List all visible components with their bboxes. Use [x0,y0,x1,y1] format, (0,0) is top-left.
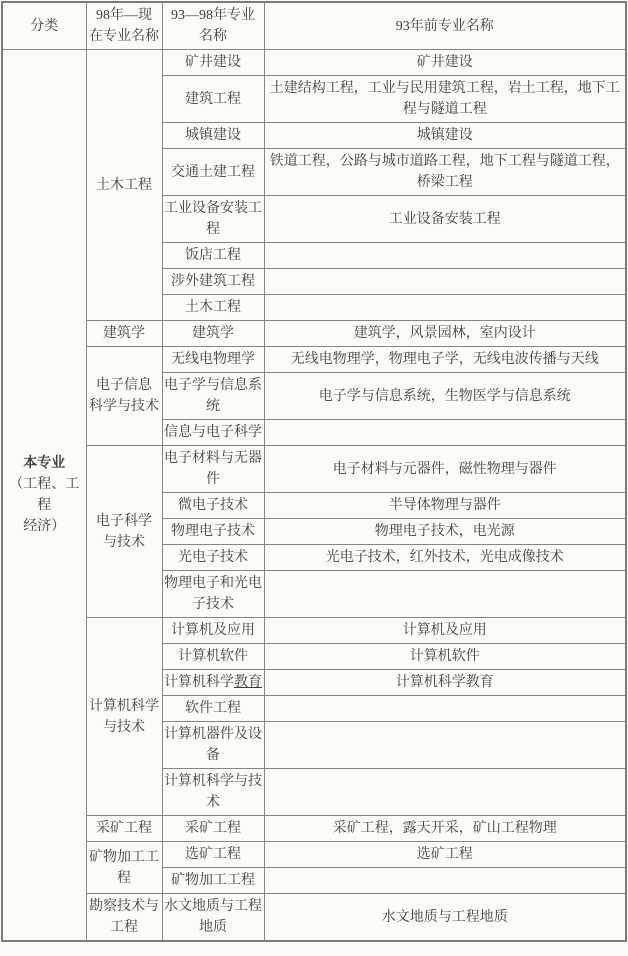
major-93-98-cell: 物理电子和光电子技术 [162,571,264,618]
table-row: 采矿工程采矿工程采矿工程，露天开采，矿山工程物理 [2,816,626,842]
major-pre-93-cell: 土建结构工程，工业与民用建筑工程，岩土工程，地下工程与隧道工程 [264,76,626,123]
major-pre-93-cell: 城镇建设 [264,123,626,149]
table-row: 勘察技术与工程水文地质与工程地质水文地质与工程地质 [2,894,626,942]
major-pre-93-cell: 计算机及应用 [264,618,626,644]
major-93-98-cell: 交通土建工程 [162,149,264,196]
major-93-98-cell: 涉外建筑工程 [162,269,264,295]
major-pre-93-cell [264,868,626,894]
major-93-98-cell: 水文地质与工程地质 [162,894,264,942]
table-row: 电子科学与技术电子材料与无器件电子材料与元器件，磁性物理与器件 [2,446,626,493]
major-93-98-cell: 光电子技术 [162,545,264,571]
major-93-98-cell: 城镇建设 [162,123,264,149]
category-cell: 本专业（工程、工程经济） [2,50,86,942]
major-93-98-cell: 选矿工程 [162,842,264,868]
major-93-98-cell: 饭店工程 [162,243,264,269]
major-93-98-cell: 无线电物理学 [162,347,264,373]
major-98-now-cell: 电子科学与技术 [86,446,162,618]
major-pre-93-cell: 光电子技术，红外技术，光电成像技术 [264,545,626,571]
major-pre-93-cell [264,769,626,816]
major-pre-93-cell: 计算机软件 [264,644,626,670]
header-category: 分类 [2,2,86,50]
major-93-98-cell: 土木工程 [162,295,264,321]
major-93-98-cell: 软件工程 [162,696,264,722]
header-93-98: 93—98年专业名称 [162,2,264,50]
major-93-98-cell: 计算机科学与技术 [162,769,264,816]
major-93-98-cell: 物理电子技术 [162,519,264,545]
major-98-now-cell: 采矿工程 [86,816,162,842]
major-pre-93-cell [264,269,626,295]
table-row: 建筑学建筑学建筑学，风景园林，室内设计 [2,321,626,347]
major-pre-93-cell: 电子材料与元器件，磁性物理与器件 [264,446,626,493]
major-93-98-cell: 电子材料与无器件 [162,446,264,493]
major-93-98-cell: 建筑工程 [162,76,264,123]
major-93-98-cell: 建筑学 [162,321,264,347]
major-pre-93-cell: 计算机科学教育 [264,670,626,696]
major-93-98-cell: 计算机及应用 [162,618,264,644]
major-pre-93-cell: 矿井建设 [264,50,626,76]
major-pre-93-cell: 铁道工程，公路与城市道路工程，地下工程与隧道工程，桥梁工程 [264,149,626,196]
underlined-text: 教育 [234,675,262,690]
major-93-98-cell: 信息与电子科学 [162,420,264,446]
table-body: 本专业（工程、工程经济）土木工程矿井建设矿井建设建筑工程土建结构工程，工业与民用… [2,50,626,942]
major-93-98-cell: 微电子技术 [162,493,264,519]
major-pre-93-cell [264,420,626,446]
header-pre-93: 93年前专业名称 [264,2,626,50]
major-pre-93-cell [264,696,626,722]
major-93-98-cell: 工业设备安装工程 [162,196,264,243]
major-pre-93-cell: 物理电子技术，电光源 [264,519,626,545]
major-pre-93-cell: 工业设备安装工程 [264,196,626,243]
major-pre-93-cell [264,571,626,618]
major-98-now-cell: 勘察技术与工程 [86,894,162,942]
major-mapping-table: 分类 98年—现在专业名称 93—98年专业名称 93年前专业名称 本专业（工程… [1,1,627,942]
table-row: 矿物加工工程选矿工程选矿工程 [2,842,626,868]
major-93-98-cell: 矿物加工工程 [162,868,264,894]
category-title: 本专业 [23,456,65,471]
table-header: 分类 98年—现在专业名称 93—98年专业名称 93年前专业名称 [2,2,626,50]
major-pre-93-cell [264,295,626,321]
major-pre-93-cell [264,722,626,769]
table-row: 计算机科学与技术计算机及应用计算机及应用 [2,618,626,644]
major-pre-93-cell: 半导体物理与器件 [264,493,626,519]
major-98-now-cell: 电子信息科学与技术 [86,347,162,446]
header-row: 分类 98年—现在专业名称 93—98年专业名称 93年前专业名称 [2,2,626,50]
major-pre-93-cell: 水文地质与工程地质 [264,894,626,942]
major-98-now-cell: 矿物加工工程 [86,842,162,894]
major-pre-93-cell: 选矿工程 [264,842,626,868]
major-93-98-cell: 矿井建设 [162,50,264,76]
major-98-now-cell: 计算机科学与技术 [86,618,162,816]
table-row: 电子信息科学与技术无线电物理学无线电物理学，物理电子学，无线电波传播与天线 [2,347,626,373]
major-93-98-cell: 电子学与信息系统 [162,373,264,420]
major-pre-93-cell [264,243,626,269]
major-pre-93-cell: 电子学与信息系统，生物医学与信息系统 [264,373,626,420]
header-98-now: 98年—现在专业名称 [86,2,162,50]
major-93-98-cell: 采矿工程 [162,816,264,842]
major-98-now-cell: 土木工程 [86,50,162,321]
major-93-98-cell: 计算机科学教育 [162,670,264,696]
major-93-98-cell: 计算机器件及设备 [162,722,264,769]
major-pre-93-cell: 建筑学，风景园林，室内设计 [264,321,626,347]
major-pre-93-cell: 采矿工程，露天开采，矿山工程物理 [264,816,626,842]
major-98-now-cell: 建筑学 [86,321,162,347]
major-pre-93-cell: 无线电物理学，物理电子学，无线电波传播与天线 [264,347,626,373]
major-93-98-cell: 计算机软件 [162,644,264,670]
table-row: 本专业（工程、工程经济）土木工程矿井建设矿井建设 [2,50,626,76]
